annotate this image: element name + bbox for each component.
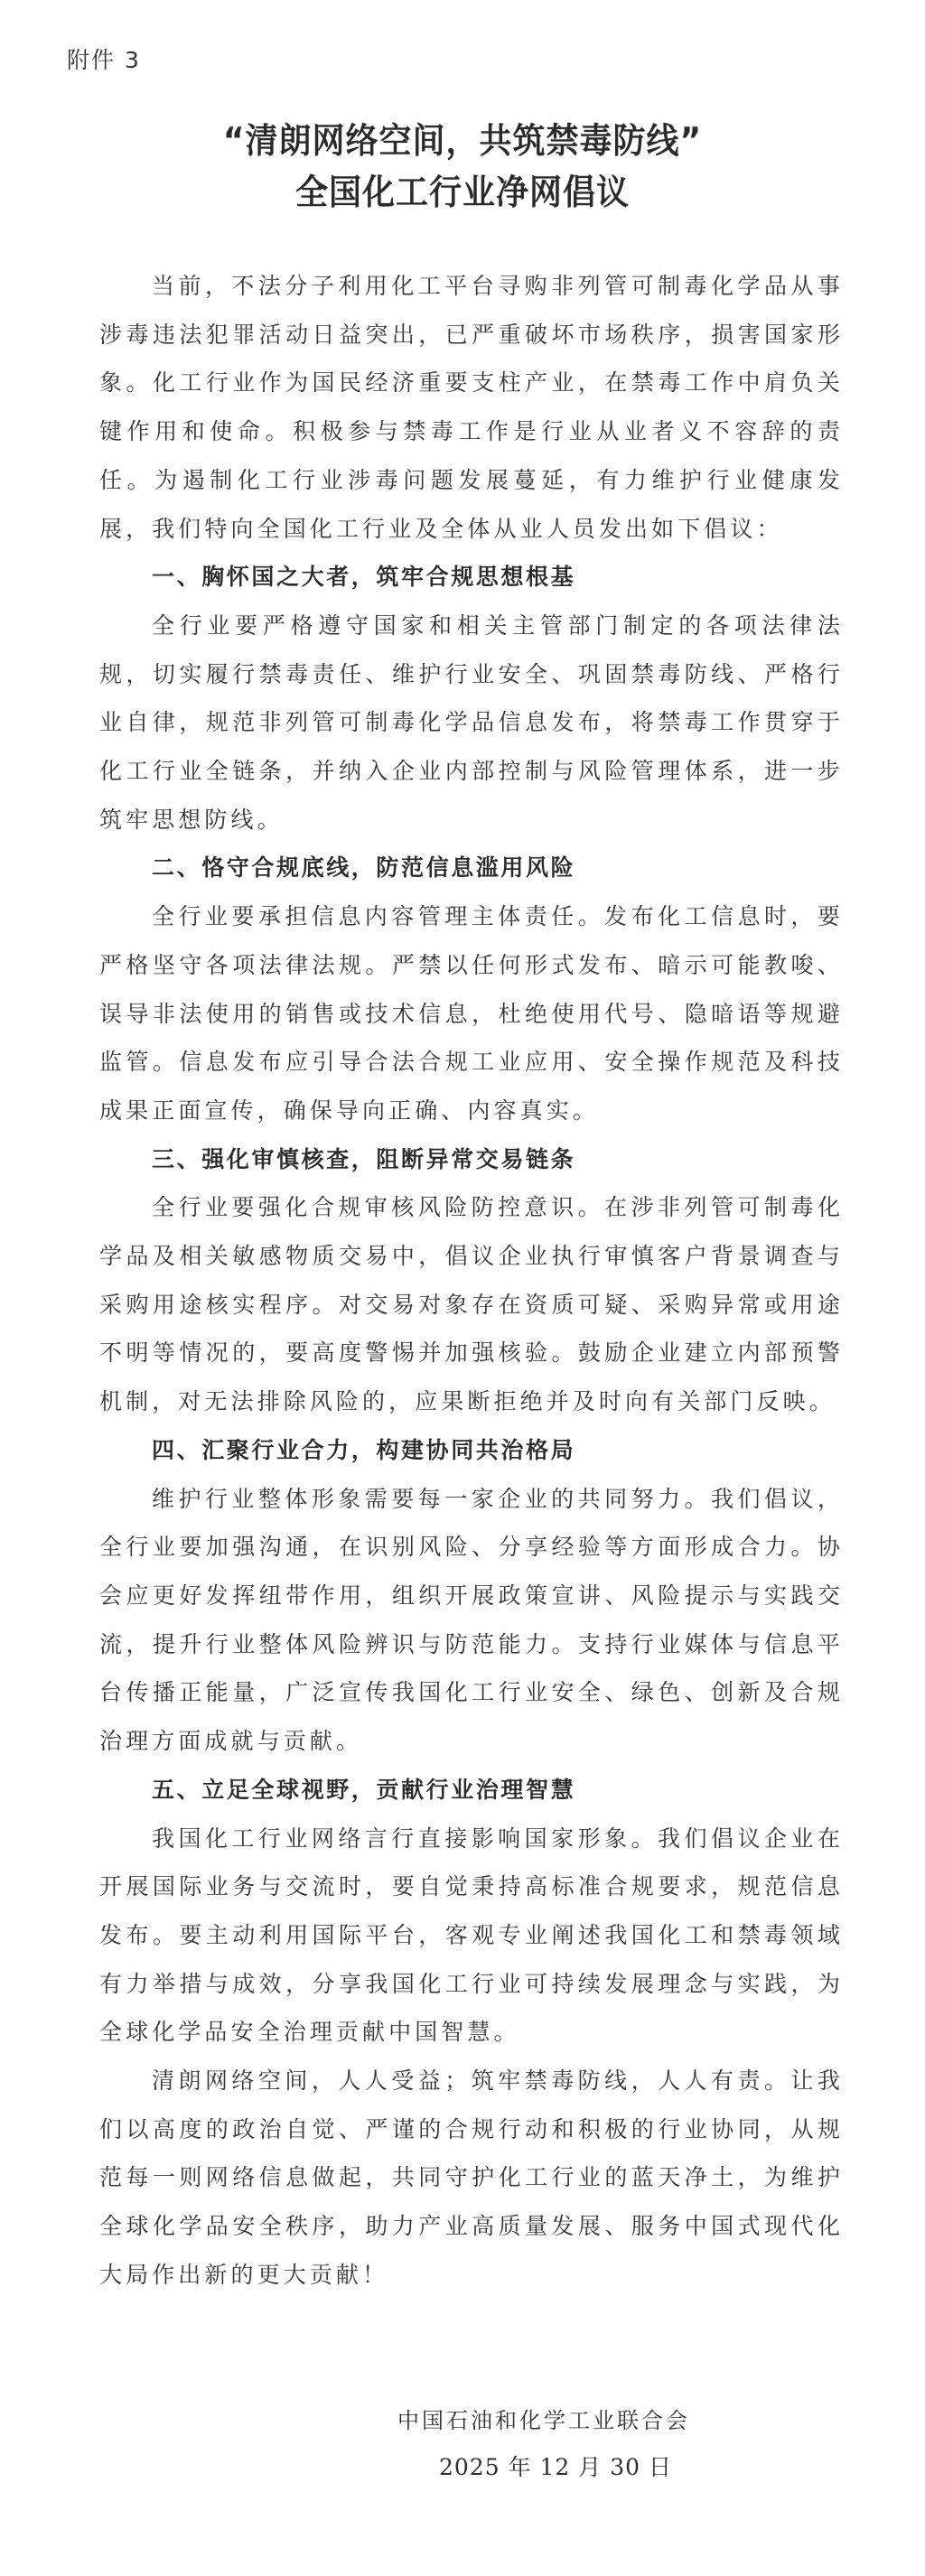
section-body-3: 全行业要强化合规审核风险防控意识。在涉非列管可制毒化学品及相关敏感物质交易中，倡… <box>99 1183 844 1426</box>
section-body-5: 我国化工行业网络言行直接影响国家形象。我们倡议企业在开展国际业务与交流时，要自觉… <box>99 1815 844 2058</box>
title-line-1: “清朗网络空间，共筑禁毒防线” <box>0 114 925 170</box>
intro-paragraph: 当前，不法分子利用化工平台寻购非列管可制毒化学品从事涉毒违法犯罪活动日益突出，已… <box>99 262 844 553</box>
section-heading-5: 五、立足全球视野，贡献行业治理智慧 <box>99 1766 844 1815</box>
signature-date: 2025 年 12 月 30 日 <box>439 2450 732 2486</box>
section-body-2: 全行业要承担信息内容管理主体责任。发布化工信息时，要严格坚守各项法律法规。严禁以… <box>99 892 844 1135</box>
signature-block: 中国石油和化学工业联合会 2025 年 12 月 30 日 <box>397 2403 732 2486</box>
document-body: 当前，不法分子利用化工平台寻购非列管可制毒化学品从事涉毒违法犯罪活动日益突出，已… <box>99 262 844 2300</box>
section-heading-2: 二、恪守合规底线，防范信息滥用风险 <box>99 844 844 892</box>
section-heading-1: 一、胸怀国之大者，筑牢合规思想根基 <box>99 553 844 602</box>
section-heading-3: 三、强化审慎核查，阻断异常交易链条 <box>99 1135 844 1184</box>
section-heading-4: 四、汇聚行业合力，构建协同共治格局 <box>99 1426 844 1475</box>
section-body-1: 全行业要严格遵守国家和相关主管部门制定的各项法律法规，切实履行禁毒责任、维护行业… <box>99 602 844 845</box>
attachment-label: 附件 3 <box>67 45 141 76</box>
signature-organization: 中国石油和化学工业联合会 <box>397 2403 732 2439</box>
title-line-2: 全国化工行业净网倡议 <box>0 165 925 221</box>
document-title: “清朗网络空间，共筑禁毒防线” 全国化工行业净网倡议 <box>0 116 925 219</box>
section-body-4: 维护行业整体形象需要每一家企业的共同努力。我们倡议，全行业要加强沟通，在识别风险… <box>99 1475 844 1766</box>
closing-paragraph: 清朗网络空间，人人受益；筑牢禁毒防线，人人有责。让我们以高度的政治自觉、严谨的合… <box>99 2057 844 2300</box>
